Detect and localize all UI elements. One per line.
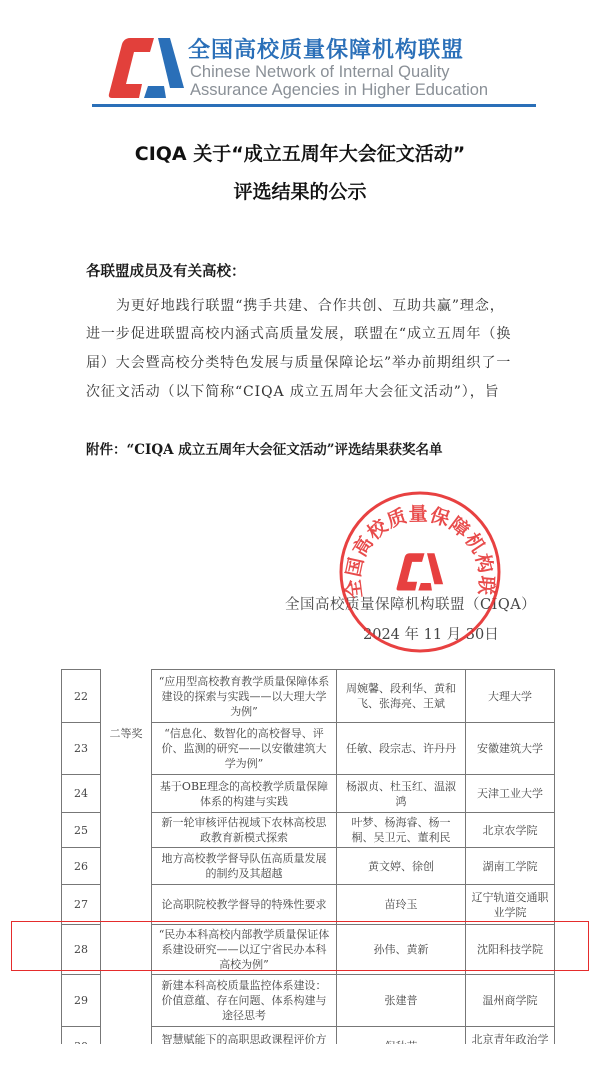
row-number: 26 — [62, 848, 101, 885]
paper-title: 论高职院校教学督导的特殊性要求 — [152, 885, 337, 925]
ciqa-logo-icon — [108, 36, 186, 102]
school: 大理大学 — [466, 670, 555, 723]
paragraph-line: 为更好地践行联盟“携手共建、合作共创、互助共赢”理念， — [116, 295, 505, 315]
row-number: 23 — [62, 723, 101, 775]
org-name-en-line2: Assurance Agencies in Higher Education — [190, 81, 488, 100]
official-seal-icon: 全国高校质量保障机构联盟 — [338, 490, 502, 654]
paragraph-line: 次征文活动（以下简称“CIQA 成立五周年大会征文活动”），旨 — [86, 381, 500, 401]
awards-table: 22 二等奖 “应用型高校教育教学质量保障体系建设的探索与实践——以大理大学为例… — [61, 669, 555, 1067]
award-level: 二等奖 — [101, 670, 152, 1067]
school: 安徽建筑大学 — [466, 723, 555, 775]
document-title-line2: 评选结果的公示 — [0, 177, 600, 204]
paper-title: 新一轮审核评估视域下农林高校思政教育新模式探索 — [152, 813, 337, 848]
authors: 叶梦、杨海睿、杨一桐、吴卫元、董利民 — [337, 813, 466, 848]
page-crop-mask — [0, 1044, 600, 1080]
paper-title: 基于OBE理念的高校教学质量保障体系的构建与实践 — [152, 775, 337, 813]
document-title-line1: CIQA 关于“成立五周年大会征文活动” — [0, 139, 600, 166]
authors: 张建普 — [337, 975, 466, 1027]
header-divider — [92, 104, 536, 107]
row-number: 27 — [62, 885, 101, 925]
school: 北京农学院 — [466, 813, 555, 848]
school: 辽宁轨道交通职业学院 — [466, 885, 555, 925]
paragraph-line: 进一步促进联盟高校内涵式高质量发展，联盟在“成立五周年（换 — [86, 323, 511, 343]
paper-title: 地方高校教学督导队伍高质量发展的制约及其超越 — [152, 848, 337, 885]
authors: 苗玲玉 — [337, 885, 466, 925]
school: 天津工业大学 — [466, 775, 555, 813]
row-number: 25 — [62, 813, 101, 848]
org-name-en-line1: Chinese Network of Internal Quality — [190, 63, 450, 82]
paper-title: 新建本科高校质量监控体系建设：价值意蕴、存在问题、体系构建与途径思考 — [152, 975, 337, 1027]
table-row: 22 二等奖 “应用型高校教育教学质量保障体系建设的探索与实践——以大理大学为例… — [62, 670, 555, 723]
authors: 周婉馨、段利华、黄和飞、张海亮、王斌 — [337, 670, 466, 723]
school: 温州商学院 — [466, 975, 555, 1027]
highlight-box — [11, 921, 589, 971]
salutation: 各联盟成员及有关高校： — [86, 260, 246, 281]
paragraph-line: 届）大会暨高校分类特色发展与质量保障论坛”举办前期组织了一 — [86, 352, 511, 372]
paper-title: “信息化、数智化的高校督导、评价、监测的研究——以安徽建筑大学为例” — [152, 723, 337, 775]
org-name-cn: 全国高校质量保障机构联盟 — [188, 33, 464, 64]
row-number: 24 — [62, 775, 101, 813]
attachment-note: 附件：“CIQA 成立五周年大会征文活动”评选结果获奖名单 — [86, 438, 443, 458]
svg-text:全国高校质量保障机构联盟: 全国高校质量保障机构联盟 — [338, 490, 499, 600]
authors: 杨淑贞、杜玉红、温淑鸿 — [337, 775, 466, 813]
row-number: 22 — [62, 670, 101, 723]
authors: 任敏、段宗志、许丹丹 — [337, 723, 466, 775]
row-number: 29 — [62, 975, 101, 1027]
school: 湖南工学院 — [466, 848, 555, 885]
paper-title: “应用型高校教育教学质量保障体系建设的探索与实践——以大理大学为例” — [152, 670, 337, 723]
authors: 黄文婷、徐创 — [337, 848, 466, 885]
